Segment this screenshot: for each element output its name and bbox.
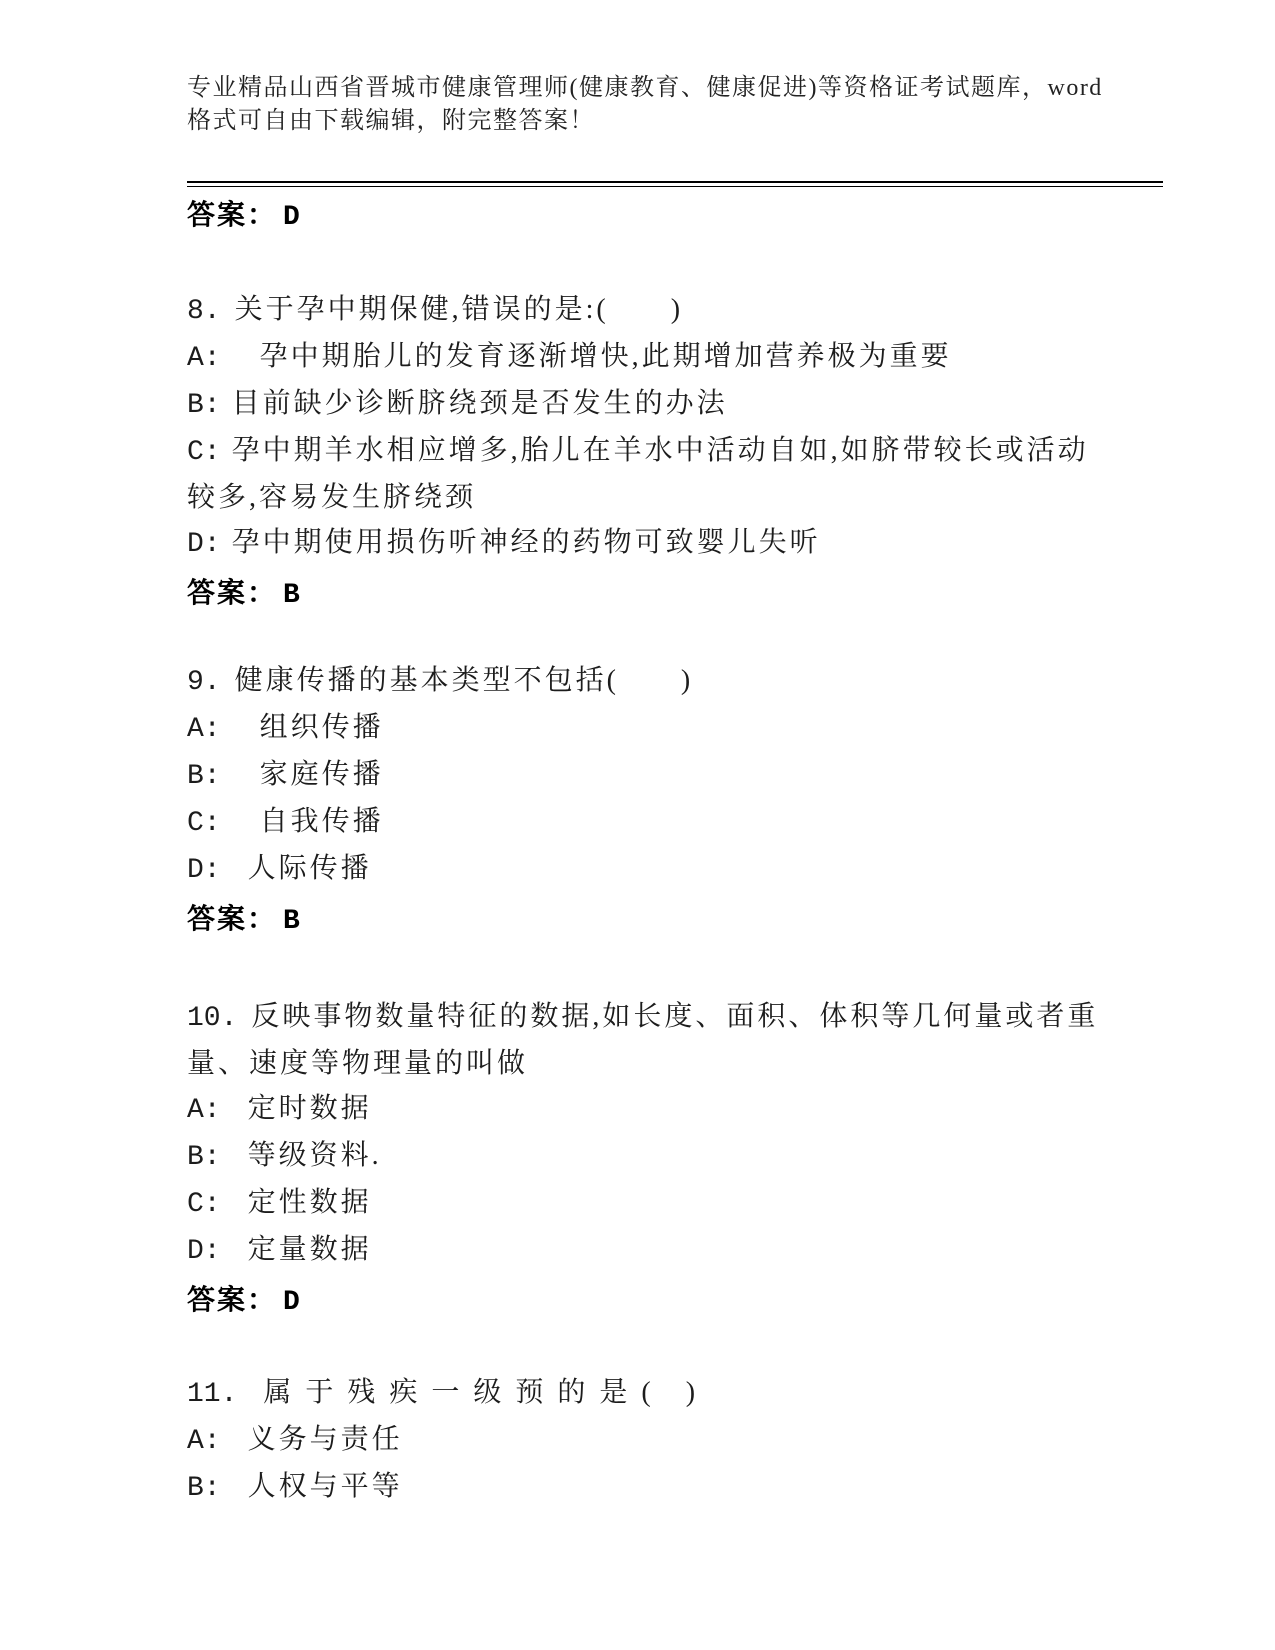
question-text: 属于残疾一级预的是( ): [263, 1377, 709, 1408]
option-letter: D:: [187, 529, 221, 560]
option-row-a: A:定时数据: [187, 1086, 1107, 1133]
option-row-d: D:人际传播: [187, 846, 1107, 893]
option-row-d: D:孕中期使用损伤听神经的药物可致婴儿失听: [187, 520, 1107, 567]
text-column: 专业精品山西省晋城市健康管理师(健康教育、健康促进)等资格证考试题库，word …: [187, 0, 1107, 1511]
option-row-b: B:等级资料.: [187, 1133, 1107, 1180]
option-row-a: A:组织传播: [187, 705, 1107, 752]
option-row-b: B:人权与平等: [187, 1464, 1107, 1511]
answer-label: 答案：: [187, 199, 277, 230]
option-text: 人际传播: [248, 853, 372, 884]
option-letter: C:: [187, 437, 221, 468]
option-letter: B:: [187, 1473, 221, 1504]
answer-line-q10: 答案：D: [187, 1277, 1107, 1325]
document-page: 专业精品山西省晋城市健康管理师(健康教育、健康促进)等资格证考试题库，word …: [0, 0, 1275, 1650]
option-letter: B:: [187, 390, 221, 421]
option-letter: A:: [187, 343, 221, 374]
option-row-d: D:定量数据: [187, 1227, 1107, 1274]
option-row-c: C:定性数据: [187, 1180, 1107, 1227]
header-separator-line: [187, 181, 1163, 187]
option-row-b: B:目前缺少诊断脐绕颈是否发生的办法: [187, 381, 1107, 428]
option-letter: C:: [187, 1189, 221, 1220]
question-line: 8.关于孕中期保健,错误的是:( ): [187, 287, 1107, 334]
question-11: 11.属于残疾一级预的是( ) A:义务与责任 B:人权与平等: [187, 1370, 1107, 1511]
question-number: 11.: [187, 1379, 237, 1410]
option-letter: A:: [187, 1426, 221, 1457]
question-text: 关于孕中期保健,错误的是:( ): [235, 294, 683, 325]
question-line: 11.属于残疾一级预的是( ): [187, 1370, 1107, 1417]
option-row-a: A:孕中期胎儿的发育逐渐增快,此期增加营养极为重要: [187, 334, 1107, 381]
question-number: 9.: [187, 667, 221, 698]
question-text: 健康传播的基本类型不包括( ): [235, 665, 694, 696]
question-text: 反映事物数量特征的数据,如长度、面积、体积等几何量或者重量、速度等物理量的叫做: [187, 1001, 1098, 1079]
option-text: 孕中期使用损伤听神经的药物可致婴儿失听: [232, 527, 821, 558]
option-row-a: A:义务与责任: [187, 1417, 1107, 1464]
option-text: 人权与平等: [248, 1471, 403, 1502]
page-header: 专业精品山西省晋城市健康管理师(健康教育、健康促进)等资格证考试题库，word …: [187, 72, 1107, 138]
option-letter: C:: [187, 808, 221, 839]
option-text: 目前缺少诊断脐绕颈是否发生的办法: [232, 388, 728, 419]
option-letter: A:: [187, 714, 221, 745]
question-line: 9.健康传播的基本类型不包括( ): [187, 658, 1107, 705]
header-line-2: 格式可自由下载编辑，附完整答案！: [187, 105, 1107, 138]
question-8: 8.关于孕中期保健,错误的是:( ) A:孕中期胎儿的发育逐渐增快,此期增加营养…: [187, 287, 1107, 618]
option-text: 义务与责任: [248, 1424, 403, 1455]
option-letter: D:: [187, 1236, 221, 1267]
option-text: 定量数据: [248, 1234, 372, 1265]
option-letter: B:: [187, 761, 221, 792]
question-10: 10.反映事物数量特征的数据,如长度、面积、体积等几何量或者重量、速度等物理量的…: [187, 994, 1107, 1325]
option-row-c: C:自我传播: [187, 799, 1107, 846]
option-text: 孕中期羊水相应增多,胎儿在羊水中活动自如,如脐带较长或活动较多,容易发生脐绕颈: [187, 435, 1089, 513]
option-row-b: B:家庭传播: [187, 752, 1107, 799]
answer-label: 答案：: [187, 577, 277, 608]
answer-value: B: [283, 580, 302, 611]
header-line-1: 专业精品山西省晋城市健康管理师(健康教育、健康促进)等资格证考试题库，word: [187, 72, 1107, 105]
option-letter: D:: [187, 855, 221, 886]
answer-label: 答案：: [187, 903, 277, 934]
answer-line-q9: 答案：B: [187, 896, 1107, 944]
option-text: 孕中期胎儿的发育逐渐增快,此期增加营养极为重要: [260, 341, 952, 372]
option-row-c: C:孕中期羊水相应增多,胎儿在羊水中活动自如,如脐带较长或活动较多,容易发生脐绕…: [187, 428, 1107, 520]
document-body: 答案：D 8.关于孕中期保健,错误的是:( ) A:孕中期胎儿的发育逐渐增快,此…: [187, 192, 1107, 1511]
option-text: 自我传播: [260, 806, 384, 837]
answer-value: D: [283, 1287, 302, 1318]
answer-label: 答案：: [187, 1284, 277, 1315]
option-letter: A:: [187, 1095, 221, 1126]
answer-value: B: [283, 906, 302, 937]
option-text: 等级资料.: [248, 1140, 382, 1171]
question-line: 10.反映事物数量特征的数据,如长度、面积、体积等几何量或者重量、速度等物理量的…: [187, 994, 1107, 1086]
option-text: 定时数据: [248, 1093, 372, 1124]
question-number: 8.: [187, 296, 221, 327]
question-number: 10.: [187, 1003, 237, 1034]
question-9: 9.健康传播的基本类型不包括( ) A:组织传播 B:家庭传播 C:自我传播 D…: [187, 658, 1107, 944]
option-text: 组织传播: [260, 712, 384, 743]
answer-line-q7: 答案：D: [187, 192, 1107, 240]
answer-line-q8: 答案：B: [187, 570, 1107, 618]
option-letter: B:: [187, 1142, 221, 1173]
option-text: 家庭传播: [260, 759, 384, 790]
answer-value: D: [283, 202, 302, 233]
option-text: 定性数据: [248, 1187, 372, 1218]
